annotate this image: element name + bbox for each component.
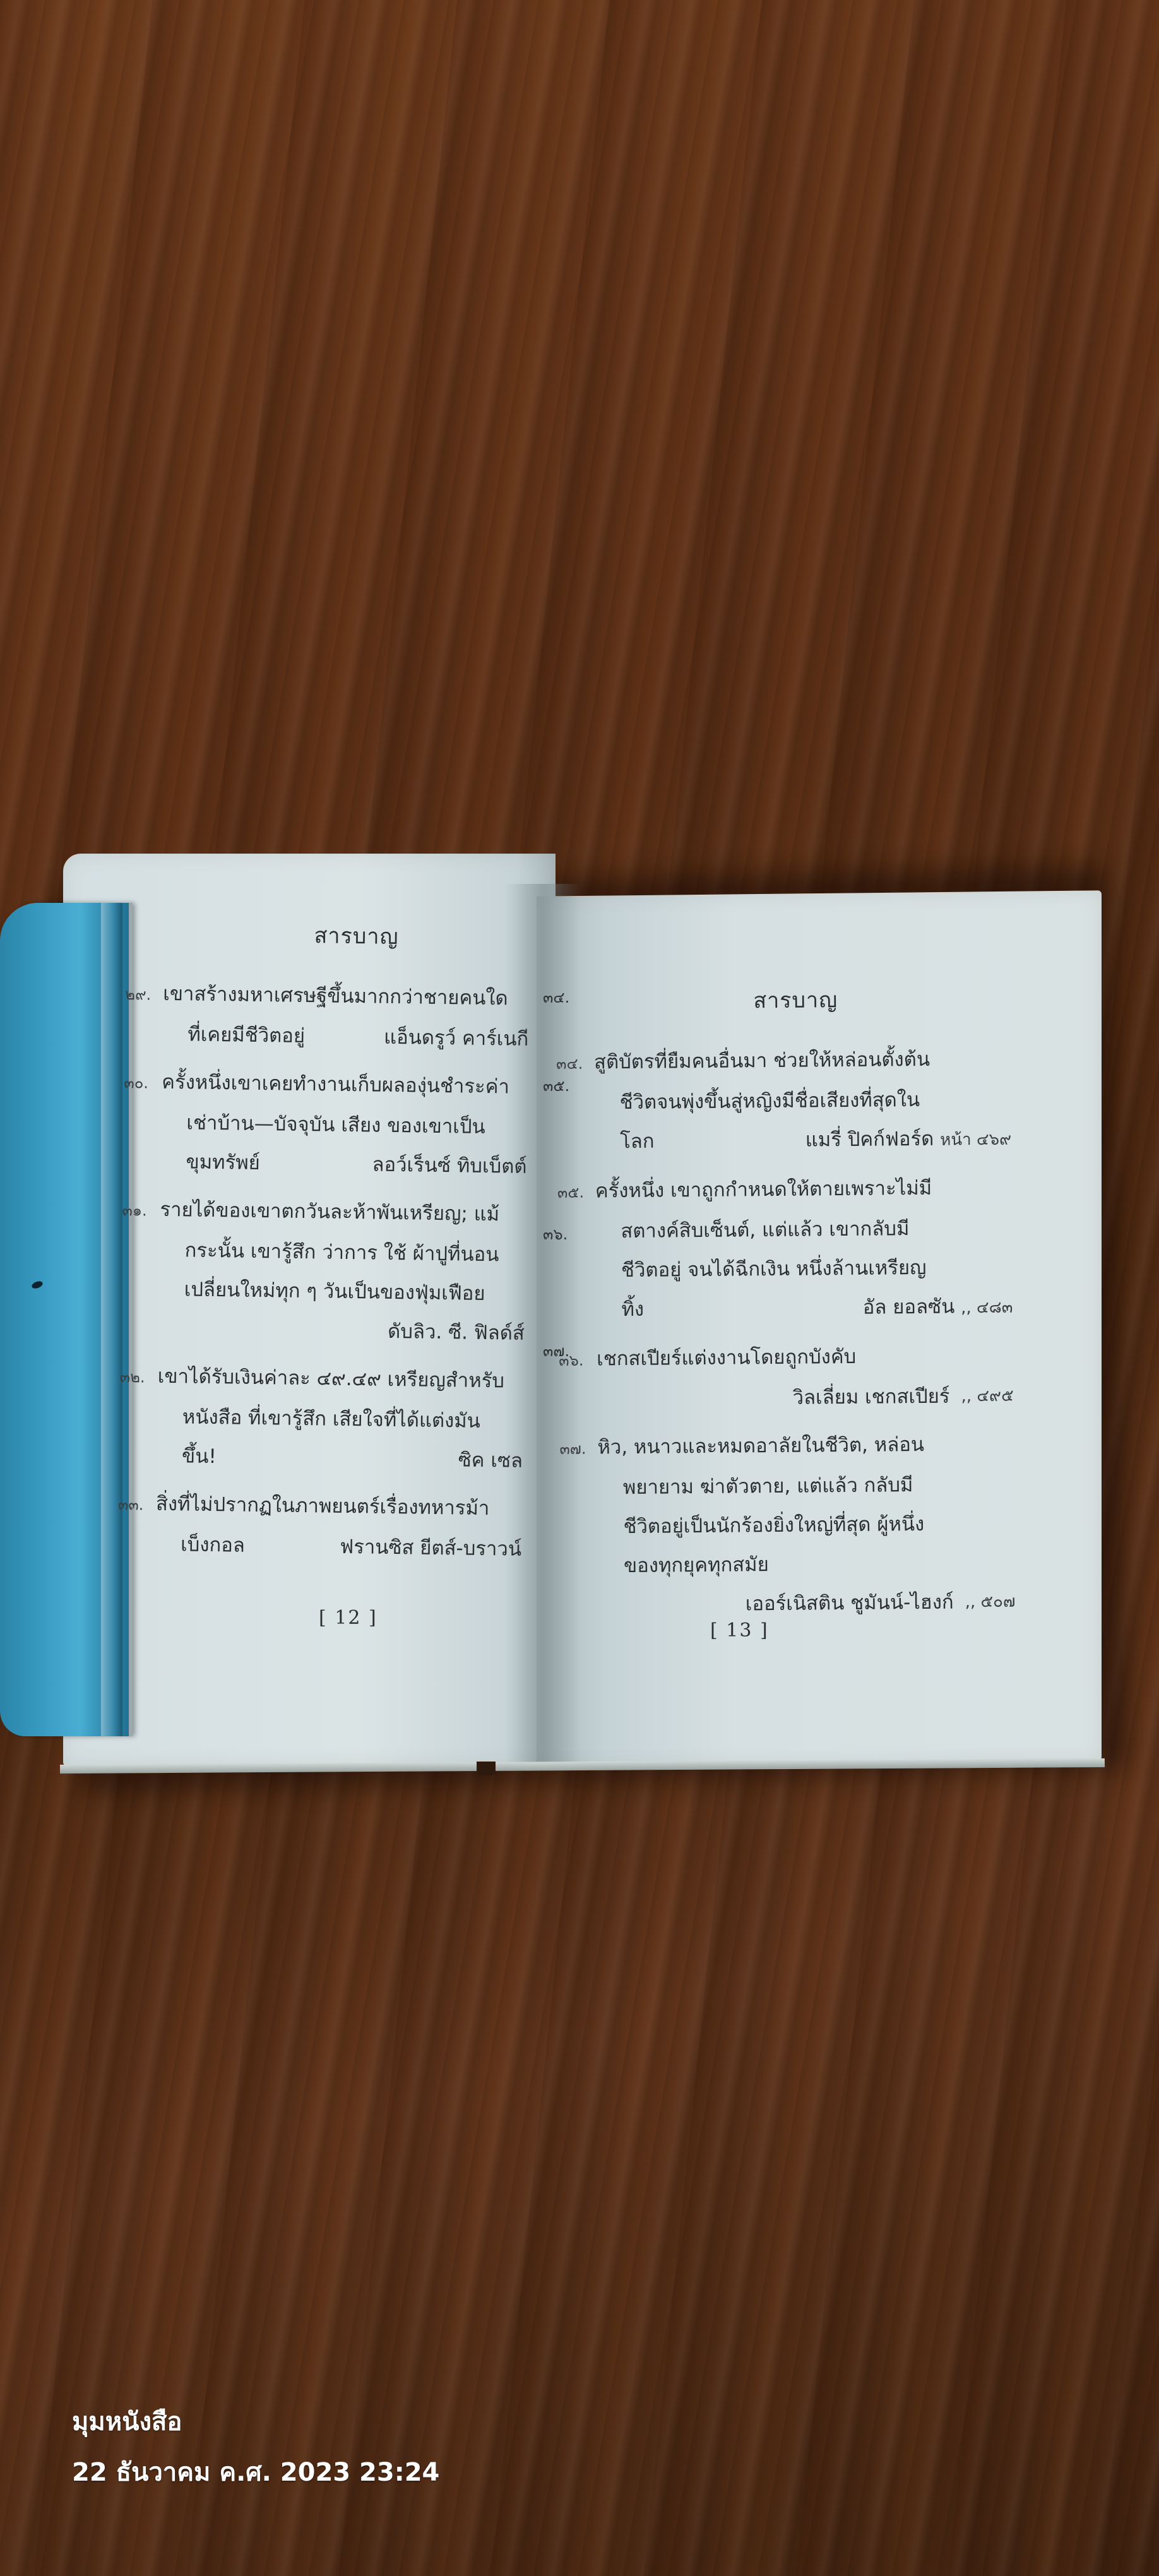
- entry-title-line: เชกสเปียร์แต่งงานโดยถูกบังคับ: [597, 1345, 856, 1371]
- entry-author: แมรี่ ปิคก์ฟอร์ด: [805, 1128, 934, 1152]
- entry-title-line: เขาสร้างมหาเศรษฐีขึ้นมากกว่าชายคนใด: [163, 982, 508, 1010]
- entry-title-line: ชีวิตอยู่ จนได้ฉีกเงิน หนึ่งล้านเหรียญ: [558, 1248, 1013, 1291]
- entry-title-line: หนังสือ ที่เขารู้สึก เสียใจที่ได้แต่งมัน: [119, 1397, 523, 1441]
- entry-title-line: เช่าบ้าน—บัจจุบัน เสียง ของเขาเป็น: [123, 1102, 528, 1147]
- toc-entry: ๒๙.เขาสร้างมหาเศรษฐีขึ้นมากกว่าชายคนใด ท…: [124, 974, 530, 1059]
- entry-title-line: ทิ้ง: [621, 1290, 644, 1330]
- entry-number: ๓๒.: [119, 1357, 158, 1397]
- entry-title-line: ขุมทรัพย์: [186, 1142, 260, 1183]
- entry-number: ๓๖.: [559, 1340, 597, 1380]
- toc-entry: ๓๗.หิว, หนาวและหมดอาลัยในชีวิต, หล่อน พย…: [559, 1424, 1016, 1625]
- open-book: สารบาญ ๒๙.เขาสร้างมหาเศรษฐีขึ้นมากกว่าชา…: [0, 0, 1159, 2576]
- page-heading: สารบาญ: [126, 915, 530, 955]
- entry-title-line: โลก: [620, 1122, 655, 1162]
- entry-title-line: ขึ้น!: [182, 1436, 217, 1476]
- entry-title-line: รายได้ของเขาตกวันละห้าพันเหรียญ; แม้: [160, 1198, 499, 1226]
- entry-title-line: ครั้งหนึ่งเขาเคยทำงานเก็บผลองุ่นชำระค่า: [162, 1071, 509, 1099]
- page-number-left: [ 12 ]: [319, 1607, 377, 1629]
- entry-author: ฟรานซิส ยีตส์-บราวน์: [340, 1527, 522, 1569]
- entry-author: ลอว์เร็นซ์ ทิบเบ็ตต์: [372, 1145, 527, 1186]
- entry-author: เออร์เนิสติน ชูมันน์-ไฮงก์: [746, 1583, 954, 1624]
- toc-entry: ๓๒.เขาได้รับเงินค่าละ ๔๙.๔๙ เหรียญสำหรับ…: [119, 1356, 525, 1481]
- entry-number: ๓๐.: [124, 1063, 162, 1103]
- entry-title-line: ชีวิตจนพุ่งขึ้นสู่หญิงมีชื่อเสียงที่สุดใ…: [556, 1080, 1011, 1123]
- entry-title-line: เบ็งกอล: [181, 1525, 246, 1565]
- watermark-datetime: 22 ธันวาคม ค.ศ. 2023 23:24: [72, 2454, 439, 2491]
- entry-author: แอ็นดรูว์ คาร์เนกี: [384, 1018, 529, 1059]
- cover-fold: [101, 903, 122, 1736]
- entry-title-line: ชีวิตอยู่เป็นนักร้องยิ่งใหญ่ที่สุด ผู้หน…: [560, 1504, 1015, 1547]
- entry-title-line: สิ่งที่ไม่ปรากฏในภาพยนตร์เรื่องทหารม้า: [156, 1493, 490, 1520]
- entry-title-line: สตางค์สิบเซ็นต์, แต่แล้ว เขากลับมี: [557, 1208, 1013, 1251]
- page-number-right: [ 13 ]: [710, 1619, 769, 1642]
- entry-number: ๓๕.: [557, 1172, 596, 1212]
- photo-scene: สารบาญ ๒๙.เขาสร้างมหาเศรษฐีขึ้นมากกว่าชา…: [0, 0, 1159, 2576]
- cover-damage-mark: [31, 1280, 44, 1290]
- watermark-title: มุมหนังสือ: [72, 2403, 439, 2441]
- entry-number: ๓๓.: [118, 1485, 157, 1525]
- entry-page-ref: ,, ๔๘๓: [961, 1298, 1013, 1318]
- toc-entry: ๓๑.รายได้ของเขาตกวันละห้าพันเหรียญ; แม้ …: [120, 1190, 526, 1353]
- entry-number: ๒๙.: [125, 975, 163, 1015]
- toc-entry: ๓๔.สูติบัตรที่ยืมคนอื่นมา ช่วยให้หล่อนตั…: [556, 1039, 1012, 1163]
- entry-author: ซิค เซล: [458, 1440, 523, 1480]
- entry-title-line: เปลี่ยนใหม่ทุก ๆ วันเป็นของฟุ่มเฟือย: [121, 1269, 525, 1314]
- entry-author: วิลเลี่ยม เชกสเปียร์: [792, 1377, 949, 1417]
- toc-entry: ๓๕.ครั้งหนึ่ง เขาถูกกำหนดให้ตายเพราะไม่ม…: [557, 1168, 1013, 1331]
- entry-page-ref: ,, ๔๙๕: [961, 1376, 1014, 1416]
- entry-author: อัล ยอลซัน: [863, 1296, 955, 1319]
- entry-author: ดับลิว. ซี. ฟิลด์ส์: [388, 1312, 525, 1353]
- entry-title-line: สูติบัตรที่ยืมคนอื่นมา ช่วยให้หล่อนตั้งต…: [594, 1048, 930, 1074]
- entry-title-line: เขาได้รับเงินค่าละ ๔๙.๔๙ เหรียญสำหรับ: [158, 1365, 505, 1393]
- entry-page-ref: หน้า ๔๖๙: [940, 1130, 1011, 1150]
- toc-entry: ๓๓.สิ่งที่ไม่ปรากฏในภาพยนตร์เรื่องทหารม้…: [117, 1484, 523, 1569]
- photo-watermark: มุมหนังสือ 22 ธันวาคม ค.ศ. 2023 23:24: [72, 2403, 439, 2491]
- entry-title-line: ของทุกยุคทุกสมัย: [561, 1543, 1016, 1586]
- spine-notch: [477, 1762, 496, 1775]
- entry-number: ๓๗.: [559, 1429, 598, 1469]
- page-heading: สารบาญ: [556, 981, 1010, 1019]
- toc-entry: ๓๐.ครั้งหนึ่งเขาเคยทำงานเก็บผลองุ่นชำระค…: [122, 1062, 528, 1186]
- toc-entry: ๓๖.เชกสเปียร์แต่งงานโดยถูกบังคับ วิลเลี่…: [559, 1336, 1014, 1419]
- left-page-text: สารบาญ ๒๙.เขาสร้างมหาเศรษฐีขึ้นมากกว่าชา…: [117, 915, 530, 1578]
- entry-title-line: ที่เคยมีชีวิตอยู่: [187, 1015, 306, 1056]
- entry-number: ๓๑.: [122, 1191, 160, 1231]
- entry-title-line: พยายาม ฆ่าตัวตาย, แต่แล้ว กลับมี: [560, 1465, 1015, 1508]
- entry-title-line: ครั้งหนึ่ง เขาถูกกำหนดให้ตายเพราะไม่มี: [595, 1177, 932, 1203]
- entry-number: ๓๔.: [556, 1044, 595, 1083]
- entry-page-ref: ,, ๕๐๗: [965, 1582, 1015, 1622]
- right-page-text: สารบาญ ๓๔.สูติบัตรที่ยืมคนอื่นมา ช่วยให้…: [556, 981, 1016, 1634]
- entry-title-line: หิว, หนาวและหมดอาลัยในชีวิต, หล่อน: [597, 1433, 924, 1459]
- blue-cover-flap: [0, 903, 133, 1736]
- entry-title-line: กระนั้น เขารู้สึก ว่าการ ใช้ ผ้าปูที่นอน: [121, 1230, 526, 1275]
